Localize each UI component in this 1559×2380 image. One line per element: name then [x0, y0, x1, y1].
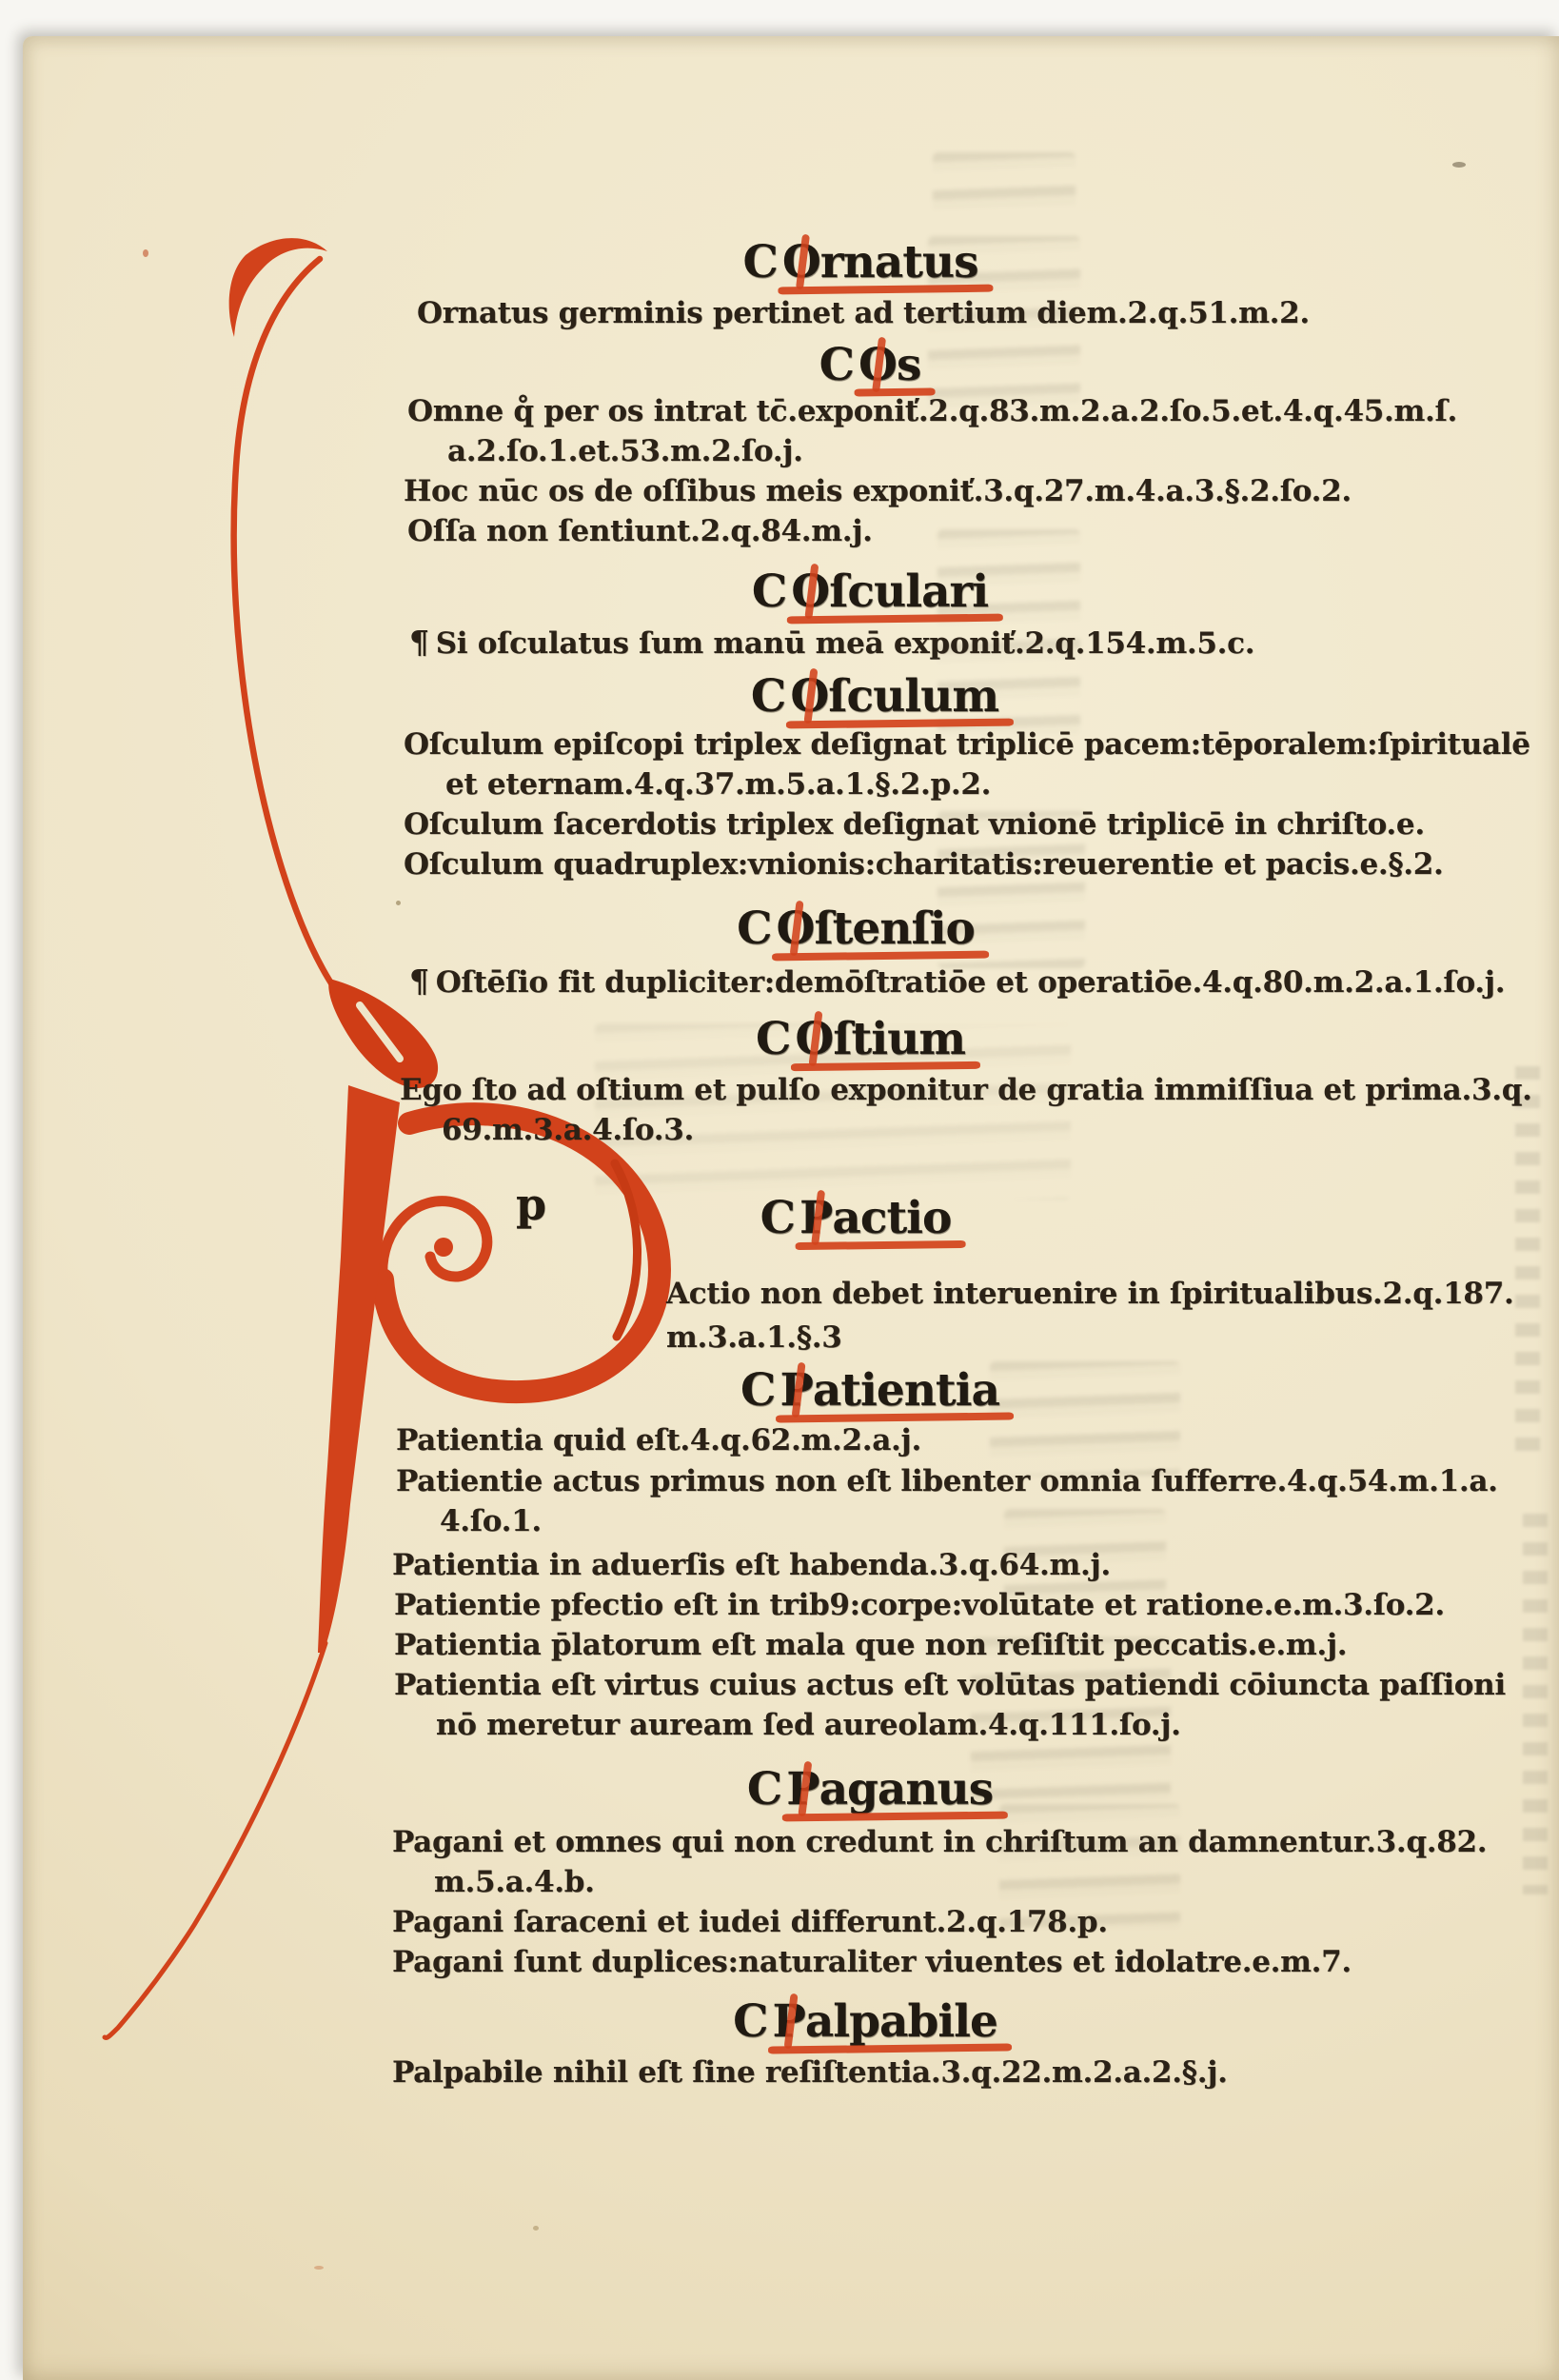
- index-entry-line: Pagani ſunt duplices:naturaliter viuente…: [392, 1946, 1352, 1980]
- heading-word: Os: [857, 343, 922, 387]
- index-entry-line: ¶Oſtēſio fit dupliciter:demōſtratiōe et …: [409, 963, 1505, 1001]
- heading-word: Oſculari: [789, 569, 990, 614]
- index-entry-line: nō meretur auream ſed aureolam.4.q.111.ſ…: [436, 1709, 1181, 1743]
- index-entry-line: ¶Si oſculatus ſum manū meā exponiť.2.q.1…: [409, 625, 1254, 662]
- heading-word-rest: aganus: [819, 1763, 994, 1815]
- index-entry-line: 4.ſo.1.: [440, 1505, 542, 1539]
- index-entry-line: Actio non debet interuenire in ſpiritual…: [666, 1278, 1513, 1312]
- red-slash-rubric: [791, 1362, 805, 1418]
- red-slash-rubric: [811, 1190, 825, 1246]
- rubricated-initial: O: [858, 343, 897, 387]
- page-photo: p COrnatusOrnatus germinis pertinet ad t…: [0, 0, 1559, 2380]
- heading-word: Oſculum: [788, 674, 1000, 719]
- heading-word-rest: ſtium: [833, 1013, 965, 1065]
- entry-heading-oſtenſio: COſtenſio: [737, 906, 977, 951]
- red-slash-rubric: [790, 901, 804, 957]
- entry-heading-oſculum: COſculum: [751, 674, 1000, 719]
- heading-word: Palpabile: [770, 1999, 998, 2044]
- capitulum-mark: C: [733, 1995, 767, 2048]
- heading-word-rest: ſculari: [829, 565, 988, 618]
- heading-word: Ornatus: [780, 240, 980, 285]
- heading-word: Pactio: [798, 1196, 953, 1240]
- entry-text: Oſculum quadruplex:vnionis:charitatis:re…: [404, 847, 1444, 882]
- entry-text: 69.m.3.a.4.ſo.3.: [442, 1113, 694, 1147]
- red-slash-rubric: [803, 668, 818, 724]
- entry-text: Pagani ſunt duplices:naturaliter viuente…: [392, 1945, 1352, 1979]
- entry-heading-oſculari: COſculari: [752, 569, 990, 614]
- index-entry-line: Oſculum quadruplex:vnionis:charitatis:re…: [404, 848, 1444, 883]
- entry-text: nō meretur auream ſed aureolam.4.q.111.ſ…: [436, 1708, 1181, 1742]
- rubricated-initial: P: [772, 1999, 804, 2044]
- entry-text: Ego ſto ad oſtium et pulſo exponitur de …: [400, 1073, 1532, 1107]
- rubricated-initial: O: [777, 906, 815, 951]
- capitulum-mark: C: [737, 902, 771, 955]
- index-entry-line: Hoc nūc os de oſſibus meis exponiť.3.q.2…: [404, 475, 1352, 509]
- entry-text: Pagani et omnes qui non credunt in chriſ…: [392, 1825, 1487, 1859]
- entry-heading-os: COs: [819, 343, 923, 387]
- entry-text: Patientie actus primus non eſt libenter …: [396, 1464, 1498, 1498]
- index-entry-line: et eternam.4.q.37.m.5.a.1.§.2.p.2.: [445, 768, 991, 803]
- entry-text: Si oſculatus ſum manū meā exponiť.2.q.15…: [436, 626, 1255, 661]
- heading-word: Oſtenſio: [775, 906, 977, 951]
- entry-heading-pactio: CPactio: [760, 1196, 954, 1240]
- index-entry-line: a.2.ſo.1.et.53.m.2.ſo.j.: [447, 435, 803, 469]
- rubricated-initial: O: [795, 1017, 833, 1061]
- pilcrow-mark: ¶: [409, 624, 429, 661]
- entry-text: Omne q̊ per os intrat tc̄.exponiť.2.q.83…: [407, 394, 1457, 428]
- index-entry-line: 69.m.3.a.4.ſo.3.: [442, 1114, 694, 1148]
- heading-word-rest: ſculum: [828, 670, 998, 723]
- index-entry-line: Oſculum epiſcopi triplex deſignat tripli…: [404, 728, 1530, 763]
- entry-text: Patientia p̄latorum eſt mala que non reſ…: [394, 1628, 1347, 1662]
- capitulum-mark: C: [742, 236, 777, 288]
- index-entry-line: m.5.a.4.b.: [434, 1866, 595, 1900]
- red-slash-rubric: [804, 564, 819, 620]
- index-entry-line: Omne q̊ per os intrat tc̄.exponiť.2.q.83…: [407, 395, 1457, 429]
- entry-heading-paganus: CPaganus: [747, 1767, 995, 1812]
- entry-text: Palpabile nihil eſt ſine reſiſtentia.3.q…: [392, 2055, 1228, 2090]
- index-entry-line: m.3.a.1.§.3: [666, 1321, 841, 1356]
- entry-text: Patientia quid eſt.4.q.62.m.2.a.j.: [396, 1423, 921, 1458]
- entry-text: Pagani ſaraceni et iudei differunt.2.q.1…: [392, 1905, 1108, 1939]
- rubricated-initial: O: [791, 569, 829, 614]
- capitulum-mark: C: [751, 670, 785, 723]
- red-slash-rubric: [808, 1011, 822, 1067]
- entry-text: Oſſa non ſentiunt.2.q.84.m.j.: [407, 514, 873, 548]
- red-slash-rubric: [798, 1761, 812, 1817]
- entry-text: Oſculum ſacerdotis triplex deſignat vnio…: [404, 807, 1425, 842]
- entry-text: Patientia in aduerſis eſt habenda.3.q.64…: [392, 1548, 1111, 1582]
- index-entry-line: Pagani et omnes qui non credunt in chriſ…: [392, 1826, 1487, 1860]
- entry-heading-oſtium: COſtium: [756, 1017, 967, 1061]
- index-entry-line: Oſſa non ſentiunt.2.q.84.m.j.: [407, 515, 873, 549]
- index-entry-line: Patientia eſt virtus cuius actus eſt vol…: [394, 1669, 1506, 1703]
- heading-word: Oſtium: [793, 1017, 967, 1061]
- red-slash-rubric: [872, 337, 886, 393]
- capitulum-mark: C: [760, 1192, 795, 1244]
- rubricated-initial: O: [782, 240, 820, 285]
- capitulum-mark: C: [740, 1364, 775, 1417]
- index-entry-line: Oſculum ſacerdotis triplex deſignat vnio…: [404, 808, 1425, 843]
- index-entry-line: Palpabile nihil eſt ſine reſiſtentia.3.q…: [392, 2056, 1228, 2091]
- index-entry-line: Patientia quid eſt.4.q.62.m.2.a.j.: [396, 1424, 921, 1458]
- red-slash-rubric: [783, 1993, 798, 2050]
- entry-text: Hoc nūc os de oſſibus meis exponiť.3.q.2…: [404, 474, 1352, 508]
- heading-word-rest: alpabile: [805, 1995, 997, 2048]
- pilcrow-mark: ¶: [409, 962, 429, 1000]
- index-entry-line: Pagani ſaraceni et iudei differunt.2.q.1…: [392, 1906, 1108, 1940]
- entry-text: Patientie pfectio eſt in trib9:corpe:vol…: [394, 1588, 1445, 1622]
- heading-word-rest: rnatus: [820, 236, 978, 288]
- entry-text: m.3.a.1.§.3: [666, 1320, 841, 1355]
- rubricated-initial: P: [786, 1767, 819, 1812]
- entry-text: Oſtēſio fit dupliciter:demōſtratiōe et o…: [436, 965, 1506, 1000]
- entry-text: Actio non debet interuenire in ſpiritual…: [666, 1277, 1513, 1311]
- entry-heading-palpabile: CPalpabile: [733, 1999, 999, 2044]
- heading-word-rest: ſtenſio: [814, 902, 974, 955]
- index-entry-line: Patientia p̄latorum eſt mala que non reſ…: [394, 1629, 1347, 1663]
- entry-heading-patientia: CPatientia: [740, 1368, 1001, 1413]
- entry-heading-ornatus: COrnatus: [742, 240, 979, 285]
- entry-text: Patientia eſt virtus cuius actus eſt vol…: [394, 1668, 1506, 1702]
- heading-word-rest: atientia: [813, 1364, 999, 1417]
- index-entry-line: Patientia in aduerſis eſt habenda.3.q.64…: [392, 1549, 1111, 1583]
- heading-word-rest: actio: [832, 1192, 951, 1244]
- rubricated-initial: O: [790, 674, 828, 719]
- capitulum-mark: C: [819, 339, 854, 391]
- entry-text: et eternam.4.q.37.m.5.a.1.§.2.p.2.: [445, 767, 991, 802]
- entry-text: 4.ſo.1.: [440, 1504, 542, 1538]
- red-slash-rubric: [796, 234, 810, 290]
- index-entry-line: Ego ſto ad oſtium et pulſo exponitur de …: [400, 1074, 1532, 1108]
- entry-text: m.5.a.4.b.: [434, 1865, 595, 1899]
- capitulum-mark: C: [756, 1013, 790, 1065]
- capitulum-mark: C: [752, 565, 786, 618]
- rubricated-initial: P: [799, 1196, 832, 1240]
- entry-text: Ornatus germinis pertinet ad tertium die…: [417, 296, 1310, 330]
- index-entry-line: Ornatus germinis pertinet ad tertium die…: [417, 297, 1310, 331]
- index-entry-line: Patientie pfectio eſt in trib9:corpe:vol…: [394, 1589, 1445, 1623]
- entry-text: a.2.ſo.1.et.53.m.2.ſo.j.: [447, 434, 803, 468]
- initial-guide-letter: p: [516, 1179, 546, 1230]
- capitulum-mark: C: [747, 1763, 781, 1815]
- rubricated-initial: P: [779, 1368, 812, 1413]
- index-entry-line: Patientie actus primus non eſt libenter …: [396, 1465, 1498, 1499]
- heading-word: Patientia: [778, 1368, 1000, 1413]
- heading-word-rest: s: [897, 339, 920, 391]
- heading-word: Paganus: [784, 1767, 995, 1812]
- entry-text: Oſculum epiſcopi triplex deſignat tripli…: [404, 727, 1530, 762]
